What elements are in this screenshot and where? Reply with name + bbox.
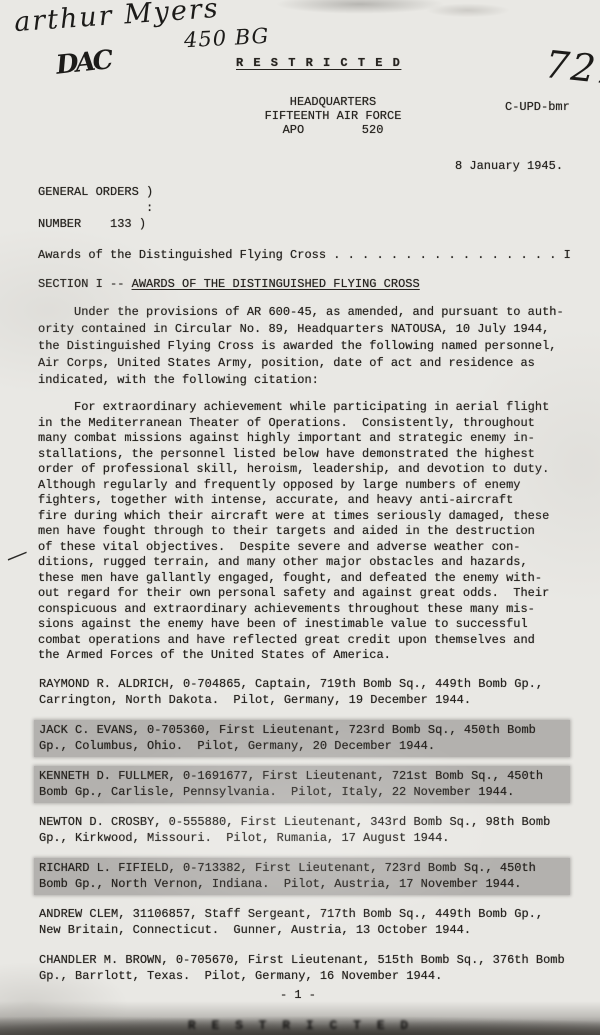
headquarters-block: HEADQUARTERS FIFTEENTH AIR FORCE APO 520 — [248, 95, 418, 137]
handwritten-initials: DAC — [55, 45, 112, 81]
citation-paragraph: For extraordinary achievement while part… — [38, 400, 549, 664]
toc-line: Awards of the Distinguished Flying Cross… — [38, 247, 571, 263]
award-entry: KENNETH D. FULLMER, 0-1691677, First Lie… — [34, 766, 570, 803]
authority-paragraph: Under the provisions of AR 600-45, as am… — [38, 304, 564, 389]
award-entry: CHANDLER M. BROWN, 0-705670, First Lieut… — [34, 950, 570, 987]
award-entry: RAYMOND R. ALDRICH, 0-704865, Captain, 7… — [34, 674, 570, 711]
section-heading-title: AWARDS OF THE DISTINGUISHED FLYING CROSS — [132, 277, 420, 291]
bottom-classification-smudge: R E S T R I C T E D — [0, 1001, 600, 1035]
general-orders-block: GENERAL ORDERS ) : NUMBER 133 ) — [38, 184, 153, 232]
award-entries-list: RAYMOND R. ALDRICH, 0-704865, Captain, 7… — [34, 674, 570, 996]
handwritten-bomb-group: 450 BG — [183, 24, 269, 52]
document-date: 8 January 1945. — [455, 158, 563, 174]
award-entry: RICHARD L. FIFIELD, 0-713382, First Lieu… — [34, 858, 570, 895]
handwritten-number: 721 — [543, 42, 600, 94]
section-heading: SECTION I -- AWARDS OF THE DISTINGUISHED… — [38, 276, 420, 292]
reference-code: C-UPD-bmr — [505, 99, 570, 115]
award-entry: JACK C. EVANS, 0-705360, First Lieutenan… — [34, 720, 570, 757]
classification-stamp-bottom: R E S T R I C T E D — [0, 1018, 600, 1033]
margin-check-mark: — — [2, 540, 32, 571]
award-entry: ANDREW CLEM, 31106857, Staff Sergeant, 7… — [34, 904, 570, 941]
award-entry: NEWTON D. CROSBY, 0-555880, First Lieute… — [34, 812, 570, 849]
classification-banner: R E S T R I C T E D — [236, 55, 401, 71]
section-heading-prefix: SECTION I -- — [38, 277, 132, 291]
